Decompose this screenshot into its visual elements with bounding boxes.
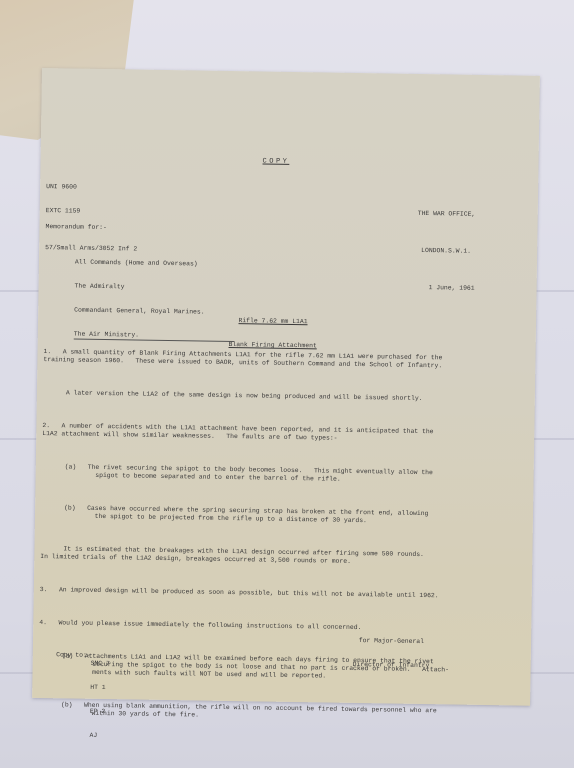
paragraph-1-note: A later version the L1A2 of the same des… (43, 389, 523, 405)
reference-line: EXTC 1159 (46, 207, 138, 216)
memo-heading: Memorandum for:- (45, 223, 106, 232)
recipient: All Commands (Home and Overseas) (75, 259, 235, 270)
sender-address: LONDON.S.W.1. (417, 247, 475, 269)
copy-to-item: SMC 7 (91, 660, 114, 668)
recipient: Commandant General, Royal Marines. (74, 307, 234, 318)
copy-to-list: SMC 7 HT 1 EP 2 AJ (89, 644, 114, 756)
paragraph-2-estimate: It is estimated that the breakages with … (40, 545, 520, 569)
signature-line: Director of Infantry (353, 661, 430, 670)
paragraph-2a: (a) The rivet securing the spigot to the… (42, 463, 522, 487)
memorandum-page: COPY UNI 9600 EXTC 1159 57/Small Arms/30… (32, 68, 540, 706)
memo-date: 1 June, 1961 (416, 284, 474, 306)
subject-line: Rifle 7.62 mm L1A1 (213, 317, 333, 327)
sender-office: THE WAR OFFICE, (417, 210, 475, 232)
copy-to-label: Copy to:- (56, 651, 91, 659)
paragraph-3: 3. An improved design will be produced a… (40, 586, 520, 602)
paragraph-2b: (b) Cases have occurred where the spring… (41, 504, 521, 528)
paragraph-1: 1. A small quantity of Blank Firing Atta… (43, 348, 523, 372)
paragraph-2: 2. A number of accidents with the L1A1 a… (42, 422, 522, 446)
copy-to-block: Copy to:- SMC 7 HT 1 EP 2 AJ (40, 643, 90, 676)
copy-to-item: HT 1 (90, 684, 113, 692)
reference-line: UNI 9600 (46, 183, 138, 192)
paragraph-4: 4. Would you please issue immediately th… (39, 619, 519, 635)
signature-line: for Major-General (353, 637, 430, 646)
recipient: The Admiralty (75, 283, 235, 294)
copy-stamp: COPY (262, 157, 289, 165)
copy-to-item: AJ (89, 732, 112, 740)
sender-block: THE WAR OFFICE, LONDON.S.W.1. 1 June, 19… (416, 194, 476, 322)
copy-to-item: EP 2 (90, 708, 113, 716)
signature-block: for Major-General Director of Infantry (352, 621, 430, 686)
